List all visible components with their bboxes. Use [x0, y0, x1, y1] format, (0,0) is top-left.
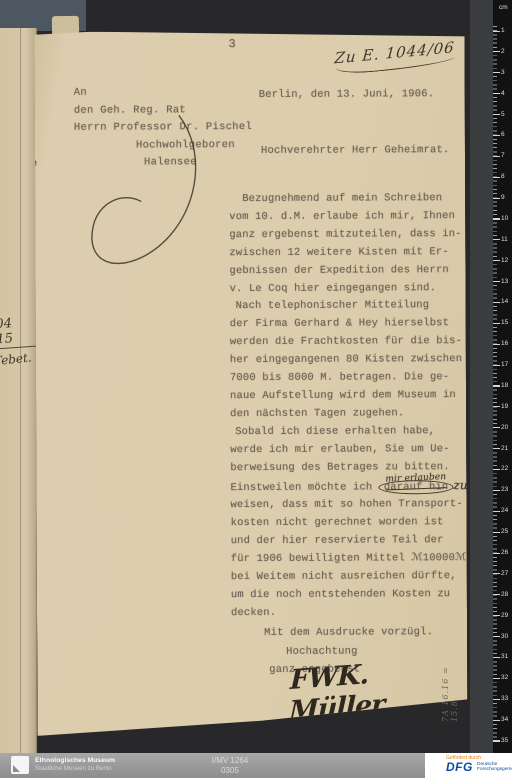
ruler-cm-tick — [493, 72, 500, 73]
ruler-cm-label: 23 — [501, 486, 512, 493]
ruler-cm-label: 25 — [501, 528, 512, 535]
ruler-cm-label: 19 — [501, 403, 512, 410]
ruler-cm-label: 2 — [501, 48, 512, 55]
body-line: zwischen 12 weitere Kisten mit Er- — [229, 244, 469, 263]
scan-number: 0305 — [170, 766, 290, 776]
cm-ruler: cm12345678910111213141516171819202122232… — [493, 0, 512, 753]
registry-annotation: Zu E. 1044/06 — [334, 36, 466, 75]
ruler-cm-label: 6 — [501, 131, 512, 138]
body-line: decken. — [231, 604, 471, 623]
margin-note: 04 15 Tebet. — [0, 316, 37, 366]
ruler-cm-tick — [493, 218, 500, 219]
ruler-cm-tick — [493, 678, 500, 679]
institution-name: Ethnologisches Museum — [35, 757, 115, 765]
body-line: werde ich mir erlauben, Sie um Ue- — [230, 441, 470, 460]
body-line: um die noch entstehenden Kosten zu — [231, 586, 471, 605]
archive-footer-bar: Ethnologisches Museum Staatliche Museen … — [0, 753, 512, 778]
ruler-cm-tick — [493, 636, 500, 637]
ruler-cm-label: 12 — [501, 257, 512, 264]
ruler-unit-label: cm — [499, 4, 508, 11]
pencil-side-note: 7A 16.16 = 15.8 — [441, 651, 459, 722]
dfg-full-name: Deutsche Forschungsgemeinschaft — [477, 762, 512, 773]
ruler-cm-label: 20 — [501, 424, 512, 431]
ruler-cm-tick — [493, 511, 500, 512]
ruler-cm-label: 1 — [501, 27, 512, 34]
circled-text: darauf hinmir erlauben — [379, 480, 454, 494]
ruler-cm-tick — [493, 385, 500, 386]
recipient-line: Herrn Professor Dr. Pischel — [74, 119, 252, 137]
institution-subtitle: Staatliche Museen zu Berlin — [35, 765, 115, 773]
ruler-cm-tick — [493, 260, 500, 261]
museum-logo-icon — [11, 756, 29, 774]
ruler-cm-tick — [493, 573, 500, 574]
ruler-cm-tick — [493, 532, 500, 533]
archive-reference: I/MV 1264 0305 — [170, 756, 290, 776]
letter-page: 3 Zu E. 1044/06 Anden Geh. Reg. RatHerrn… — [34, 30, 467, 738]
ruler-cm-label: 14 — [501, 298, 512, 305]
dfg-acronym: DFG — [446, 760, 473, 774]
ruler-cm-label: 9 — [501, 194, 512, 201]
ruler-cm-label: 21 — [501, 445, 512, 452]
ruler-cm-label: 24 — [501, 507, 512, 514]
ruler-cm-label: 7 — [501, 152, 512, 159]
ruler-cm-tick — [493, 114, 500, 115]
ruler-cm-label: 30 — [501, 633, 512, 640]
handwritten-insertion: mir erlauben — [385, 469, 447, 490]
recipient-line: An — [74, 84, 252, 102]
ruler-cm-tick — [493, 594, 500, 595]
ruler-cm-tick — [493, 135, 500, 136]
page-number: 3 — [228, 37, 235, 51]
dfg-logo: Gefördert durch DFG Deutsche Forschungsg… — [425, 753, 512, 778]
ruler-cm-tick — [493, 51, 500, 52]
ruler-cm-label: 3 — [501, 69, 512, 76]
body-line: gebnissen der Expedition des Herrn — [229, 262, 469, 281]
body-line: vom 10. d.M. erlaube ich mir, Ihnen — [229, 208, 469, 227]
previous-page-edge: 04 15 Tebet. — [0, 28, 37, 753]
ruler-cm-tick — [493, 657, 500, 658]
body-line: weisen, dass mit so hohen Transport- — [230, 496, 470, 515]
ruler-cm-tick — [493, 198, 500, 199]
ruler-cm-label: 16 — [501, 340, 512, 347]
body-line: kosten nicht gerechnet worden ist — [231, 514, 471, 533]
closing-line: Mit dem Ausdrucke vorzügl. — [231, 623, 433, 642]
body-line: Nach telephonischer Mitteilung — [230, 297, 470, 316]
ruler-cm-tick — [493, 281, 500, 282]
body-line: bei Weitem nicht ausreichen dürfte, — [231, 568, 471, 587]
body-line: 7000 bis 8000 M. betragen. Die ge- — [230, 369, 470, 388]
body-line: Sobald ich diese erhalten habe, — [230, 423, 470, 442]
ruler-cm-tick — [493, 323, 500, 324]
previous-page-margin-rule — [20, 28, 21, 753]
margin-note-word: Tebet. — [0, 350, 38, 368]
letter-body: Bezugnehmend auf mein Schreibenvom 10. d… — [229, 190, 471, 623]
body-line: und der hier reservierte Teil der — [231, 532, 471, 551]
ruler-cm-label: 4 — [501, 90, 512, 97]
ruler-cm-tick — [493, 406, 500, 407]
ruler-cm-tick — [493, 156, 500, 157]
institution-block: Ethnologisches Museum Staatliche Museen … — [35, 757, 115, 773]
ruler-cm-label: 10 — [501, 215, 512, 222]
body-line: naue Aufstellung wird dem Museum in — [230, 387, 470, 406]
ruler-cm-label: 13 — [501, 278, 512, 285]
margin-note-number: 04 15 — [0, 315, 38, 350]
ruler-cm-tick — [493, 93, 500, 94]
ruler-cm-label: 29 — [501, 612, 512, 619]
ruler-cm-label: 27 — [501, 570, 512, 577]
ruler-cm-tick — [493, 720, 500, 721]
body-line: Bezugnehmend auf mein Schreiben — [229, 190, 469, 209]
ruler-cm-label: 26 — [501, 549, 512, 556]
ruler-cm-label: 35 — [501, 737, 512, 744]
ruler-cm-tick — [493, 615, 500, 616]
body-line: der Firma Gerhard & Hey hierselbst — [230, 315, 470, 334]
dateline: Berlin, den 13. Juni, 1906. — [259, 88, 435, 101]
ruler-cm-label: 17 — [501, 361, 512, 368]
ruler-cm-tick — [493, 302, 500, 303]
ruler-cm-tick — [493, 31, 500, 32]
recipient-line: den Geh. Reg. Rat — [74, 101, 252, 119]
ruler-cm-label: 34 — [501, 716, 512, 723]
ruler-cm-label: 32 — [501, 674, 512, 681]
ruler-cm-tick — [493, 490, 500, 491]
body-line: den nächsten Tagen zugehen. — [230, 405, 470, 424]
ruler-cm-tick — [493, 448, 500, 449]
correction-pre: Einstweilen möchte ich — [230, 481, 378, 494]
ruler-cm-label: 22 — [501, 465, 512, 472]
body-line: Einstweilen möchte ich darauf hinmir erl… — [230, 477, 470, 498]
shelfmark: I/MV 1264 — [170, 756, 290, 766]
ruler-cm-tick — [493, 344, 500, 345]
ruler-cm-tick — [493, 427, 500, 428]
ruler-cm-tick — [493, 177, 500, 178]
body-line: her eingegangenen 80 Kisten zwischen — [230, 351, 470, 370]
ruler-cm-label: 31 — [501, 653, 512, 660]
ruler-cm-tick — [493, 740, 500, 741]
ruler-cm-label: 33 — [501, 695, 512, 702]
body-line: ganz ergebenst mitzuteilen, dass in- — [229, 226, 469, 245]
ruler-cm-tick — [493, 239, 500, 240]
ruler-cm-label: 8 — [501, 173, 512, 180]
body-line: für 1906 bewilligten Mittel ℳ10000ℳ — [231, 550, 471, 569]
ruler-cm-label: 28 — [501, 591, 512, 598]
body-line: v. Le Coq hier eingegangen sind. — [230, 280, 470, 299]
ruler-mm-ticks — [493, 26, 497, 740]
salutation: Hochverehrter Herr Geheimrat. — [261, 144, 450, 157]
ruler-cm-label: 5 — [501, 111, 512, 118]
ruler-cm-tick — [493, 469, 500, 470]
ruler-cm-label: 11 — [501, 236, 512, 243]
ruler-cm-label: 15 — [501, 319, 512, 326]
ruler-cm-tick — [493, 365, 500, 366]
ruler-cm-label: 18 — [501, 382, 512, 389]
document-scan-view: 04 15 Tebet. 3 Zu E. 1044/06 Anden Geh. … — [0, 0, 512, 778]
ruler-cm-tick — [493, 553, 500, 554]
body-line: werden die Frachtkosten für die bis- — [230, 333, 470, 352]
scan-margin-band — [470, 0, 493, 753]
handwritten-appendix: zu — [453, 478, 467, 492]
ruler-cm-tick — [493, 699, 500, 700]
